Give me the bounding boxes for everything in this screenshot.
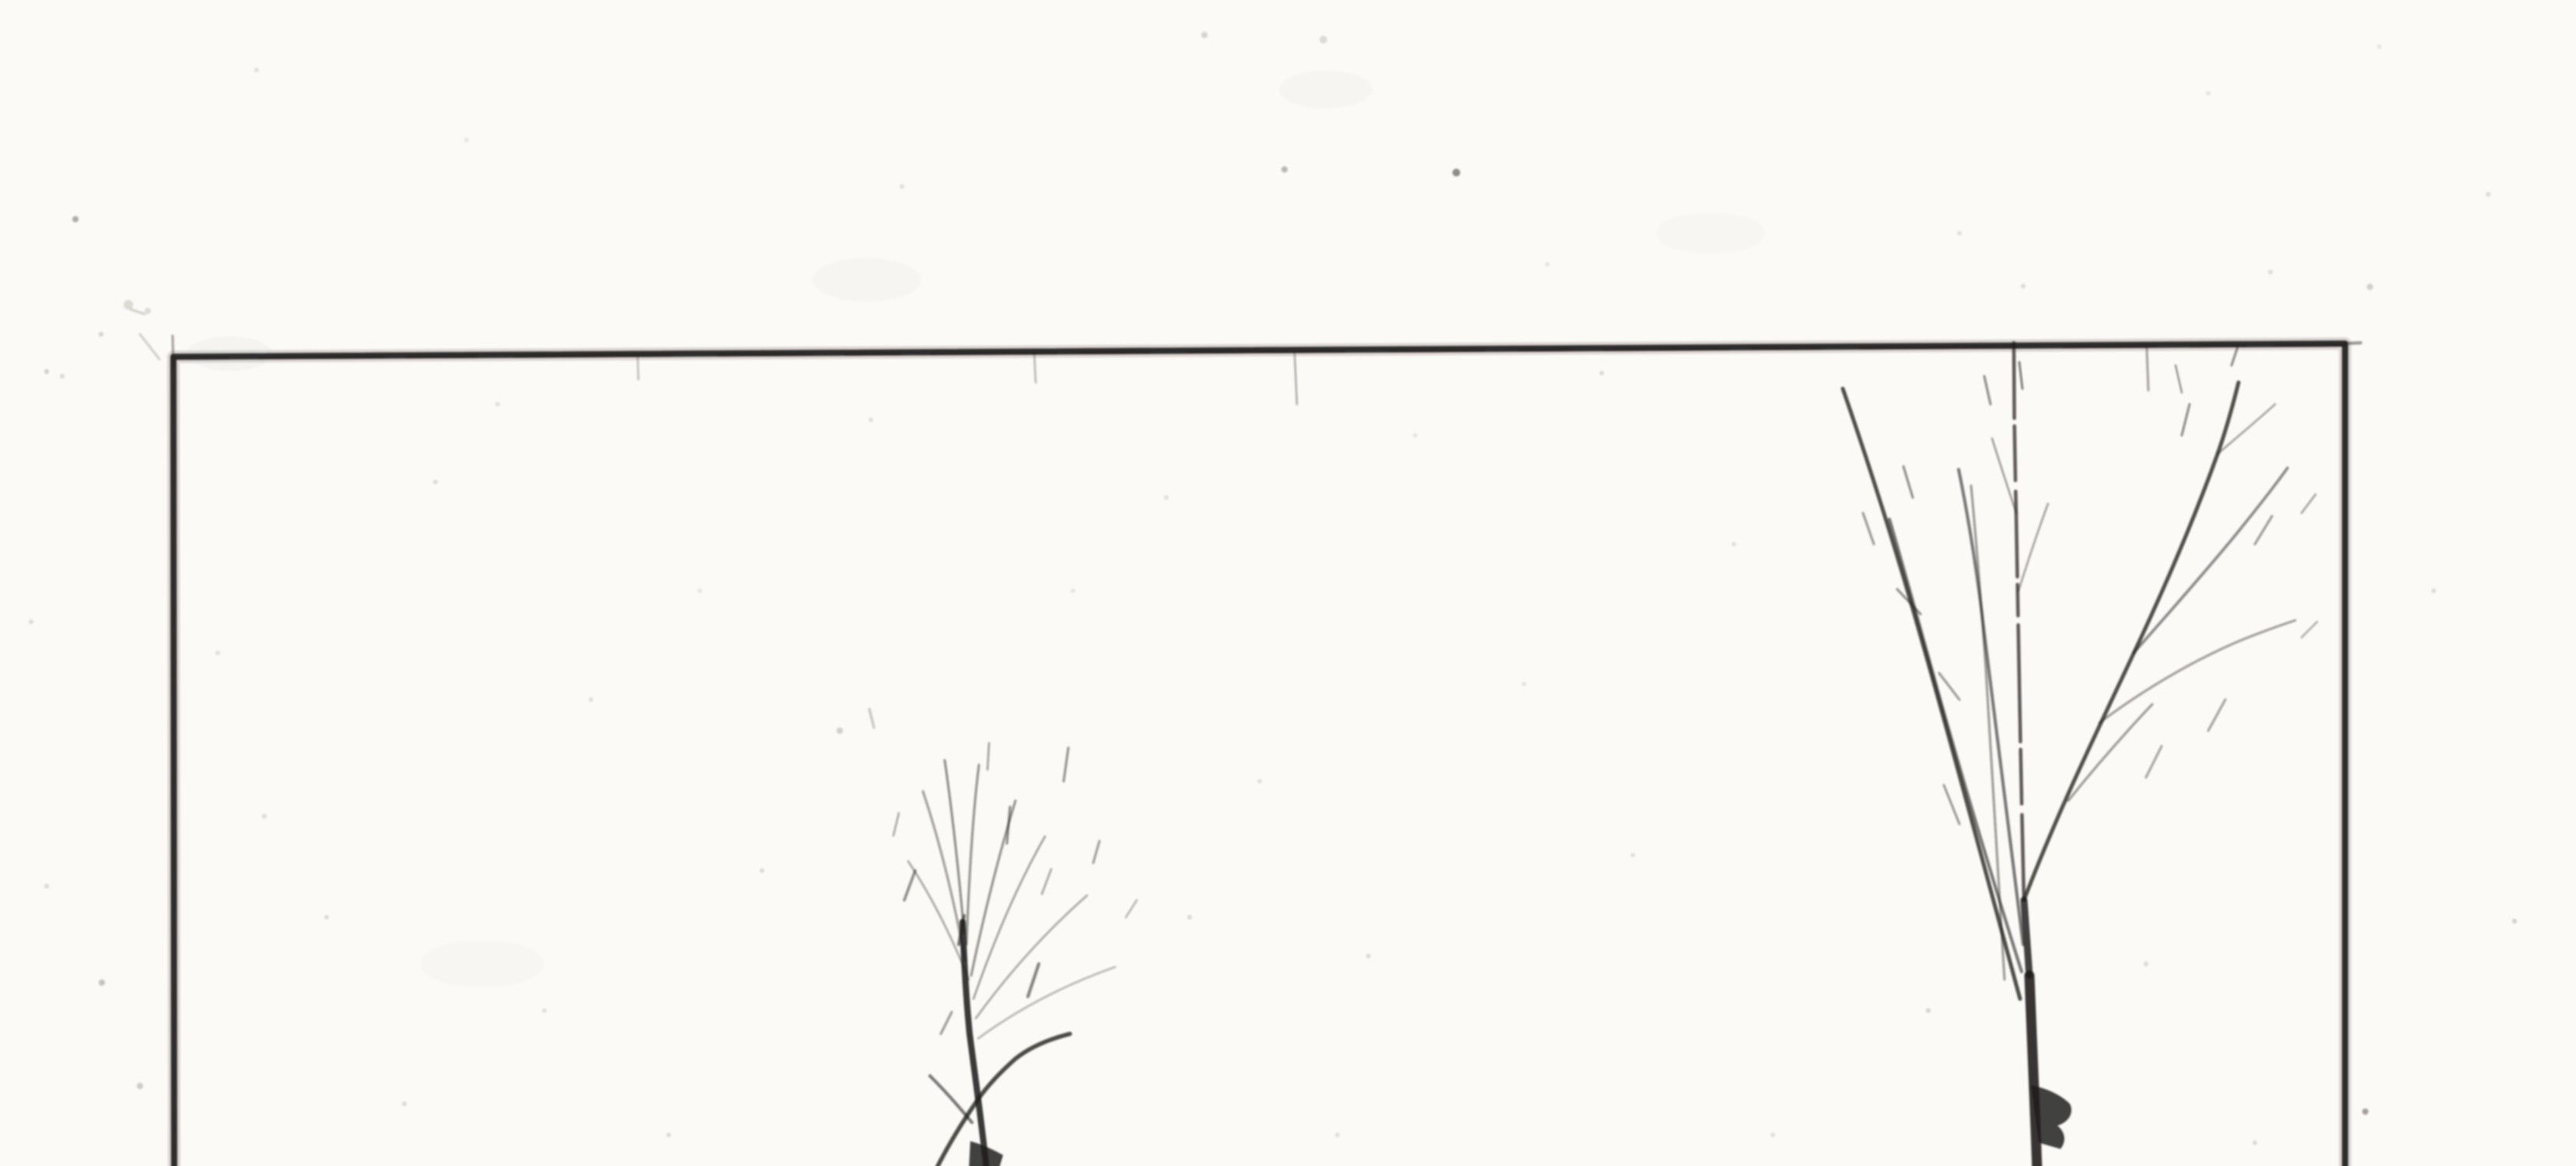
scan-speck — [1957, 231, 1962, 236]
leader-twig — [2019, 504, 2048, 591]
scan-speck — [1522, 682, 1526, 686]
frame-corner-overshoot-right — [2345, 343, 2361, 344]
scan-speck — [2486, 192, 2490, 197]
scan-speck — [2144, 962, 2148, 966]
twig-fleck — [869, 709, 874, 728]
scan-speck — [837, 728, 843, 734]
twig-fleck — [2255, 516, 2272, 544]
frame-hair — [2147, 348, 2148, 390]
scan-speck — [402, 1101, 407, 1106]
scan-speck — [145, 308, 151, 314]
scan-speck — [1319, 36, 1327, 44]
scan-speck — [29, 620, 33, 624]
twig-fleck — [1944, 785, 1959, 824]
scan-speck — [215, 651, 220, 655]
scan-speck — [1926, 1008, 1931, 1013]
twig-fleck — [1042, 869, 1051, 894]
scan-speck — [254, 68, 259, 72]
wisp — [978, 967, 1115, 1039]
scan-speck — [900, 184, 904, 189]
leader-twig — [1992, 438, 2016, 513]
paper-smudges — [187, 71, 1765, 987]
cross-branch — [935, 1034, 1070, 1166]
plate-illustration — [0, 0, 2576, 1166]
scan-speck — [2377, 44, 2382, 49]
scan-speck — [2512, 919, 2517, 923]
scan-speck — [589, 697, 593, 702]
scan-speck — [1366, 954, 1371, 958]
twig-fleck — [1093, 841, 1099, 863]
wisp — [966, 765, 979, 944]
frame-hair — [1295, 354, 1297, 404]
twig-fleck — [2208, 700, 2225, 731]
scan-speck — [60, 374, 65, 379]
scan-speck — [1257, 779, 1262, 784]
scan-smudge — [1279, 71, 1372, 108]
scan-speck — [1281, 166, 1288, 173]
twig-fleck — [1863, 513, 1874, 544]
twig-fleck — [1007, 807, 1010, 843]
scan-speck — [44, 369, 49, 374]
trunk-upper — [2024, 900, 2029, 976]
scan-speck — [697, 588, 702, 593]
noise-specks — [29, 32, 2517, 1145]
scan-speck — [1545, 262, 1550, 267]
branch-right-main — [2024, 382, 2239, 900]
scan-speck — [2431, 588, 2436, 593]
scan-speck — [1201, 32, 1208, 38]
scan-speck — [1187, 915, 1192, 920]
twig-fleck — [941, 1012, 952, 1034]
twig-fleck — [2146, 746, 2162, 777]
frame-corner-smudge-left — [131, 309, 159, 359]
trunk-lower — [2029, 976, 2037, 1166]
scan-speck — [72, 216, 79, 222]
scan-speck — [2362, 1108, 2368, 1115]
branch-right-2 — [2134, 468, 2288, 653]
scan-speck — [760, 868, 764, 873]
twig-fleck — [2019, 362, 2022, 389]
scan-speck — [137, 1083, 143, 1089]
scan-speck — [1071, 588, 1075, 593]
twig-fleck — [2302, 622, 2317, 637]
twig-fleck — [1903, 466, 1913, 497]
scan-speck — [262, 814, 267, 819]
scan-speck — [1599, 371, 1604, 375]
branch-left-2 — [1889, 519, 2022, 972]
frame-corner-overshoot-left — [173, 336, 173, 365]
scan-smudge — [1656, 213, 1765, 253]
scan-speck — [2268, 270, 2273, 274]
scan-speck — [1631, 853, 1635, 857]
scan-speck — [433, 480, 438, 484]
scan-speck — [495, 402, 500, 407]
branch-right-3 — [2099, 620, 2295, 723]
scan-speck — [2021, 284, 2025, 288]
frame-border — [131, 309, 2361, 1166]
scan-speck — [1770, 1133, 1775, 1137]
twig-fleck — [2182, 404, 2190, 435]
scan-speck — [324, 915, 329, 920]
twig-fleck — [1939, 673, 1959, 700]
left-sapling — [869, 709, 1137, 1166]
twig-fleck — [893, 813, 899, 836]
twig-fleck — [904, 871, 915, 900]
scan-speck — [1452, 169, 1460, 176]
left-arm — [930, 1076, 972, 1122]
scan-speck — [869, 417, 873, 422]
scan-speck — [2206, 91, 2211, 96]
frame-hair — [638, 354, 638, 379]
scan-speck — [2253, 1140, 2257, 1145]
twig-fleck — [1064, 748, 1068, 781]
leader-stem — [2014, 343, 2024, 900]
scan-speck — [464, 138, 469, 142]
scan-speck — [1413, 433, 1417, 438]
scan-speck — [1732, 542, 1736, 546]
twig-fleck — [2176, 365, 2182, 393]
branch-right-5 — [2068, 704, 2152, 801]
scan-smudge — [813, 258, 921, 302]
twig-fleck — [1984, 376, 1991, 404]
scan-speck — [99, 332, 103, 337]
twig-fleck — [987, 743, 989, 770]
scan-speck — [1164, 495, 1169, 500]
branch-left-long — [1843, 389, 2020, 999]
scan-speck — [1335, 1133, 1340, 1137]
scan-speck — [44, 884, 49, 888]
twig-fleck — [1028, 964, 1039, 997]
scan-smudge — [420, 941, 544, 987]
scan-speck — [99, 979, 105, 986]
scan-speck — [666, 1133, 671, 1137]
scanned-page — [0, 0, 2576, 1166]
wisp — [976, 895, 1087, 1018]
twig-fleck — [1126, 900, 1137, 917]
right-sapling — [1843, 343, 2317, 1166]
scan-speck — [542, 1008, 547, 1013]
scan-speck — [2367, 284, 2373, 290]
twig-fleck — [2302, 494, 2316, 513]
scan-speck — [124, 300, 133, 309]
